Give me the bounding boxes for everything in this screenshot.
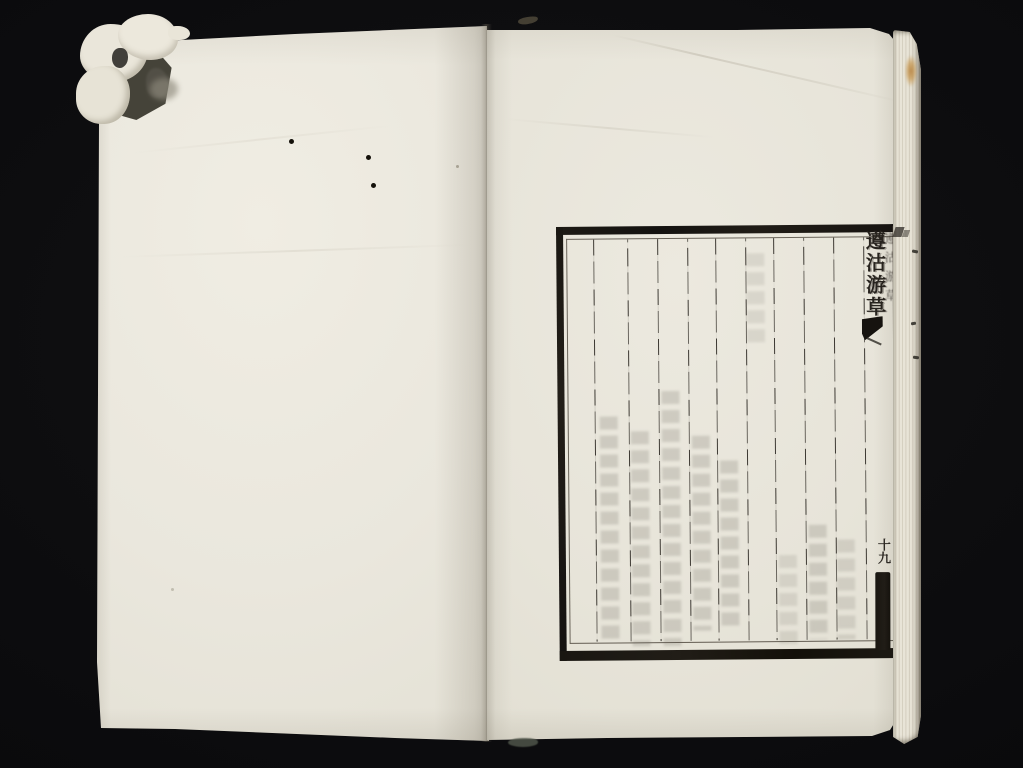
bleedthrough-text: [809, 525, 828, 640]
edge-tick: [913, 356, 919, 360]
print-frame: 遵沽游草 遵沽游草 十九: [556, 224, 897, 661]
bleedthrough-text: [692, 436, 712, 631]
bottom-stain: [508, 738, 538, 747]
spine-title: 遵沽游草: [856, 230, 885, 322]
bleedthrough-text: [746, 253, 765, 348]
corner-smudge: [150, 78, 178, 100]
ink-dot: [366, 155, 371, 160]
left-page-shading: [95, 22, 490, 744]
frame-border-top: [556, 224, 893, 235]
ink-dot: [371, 183, 376, 188]
photo-backdrop: 遵沽游草 遵沽游草 十九: [0, 0, 1023, 768]
ink-dot: [289, 139, 294, 144]
bleedthrough-text: [631, 431, 651, 646]
edge-stain: [903, 50, 919, 92]
bleedthrough-text: [837, 539, 856, 639]
page-edges: [893, 30, 921, 744]
bleedthrough-text: [661, 391, 681, 646]
spine-black-bar: [875, 572, 890, 650]
top-edge-speck: [518, 16, 539, 26]
bleedthrough-text: [720, 460, 739, 630]
bleedthrough-text: [600, 416, 620, 641]
torn-corner-flap: [168, 26, 190, 40]
bleedthrough-text: [779, 555, 798, 645]
left-page: [95, 22, 490, 744]
paper-speck: [171, 588, 174, 591]
torn-corner-flap: [76, 66, 130, 124]
paper-speck: [456, 165, 459, 168]
